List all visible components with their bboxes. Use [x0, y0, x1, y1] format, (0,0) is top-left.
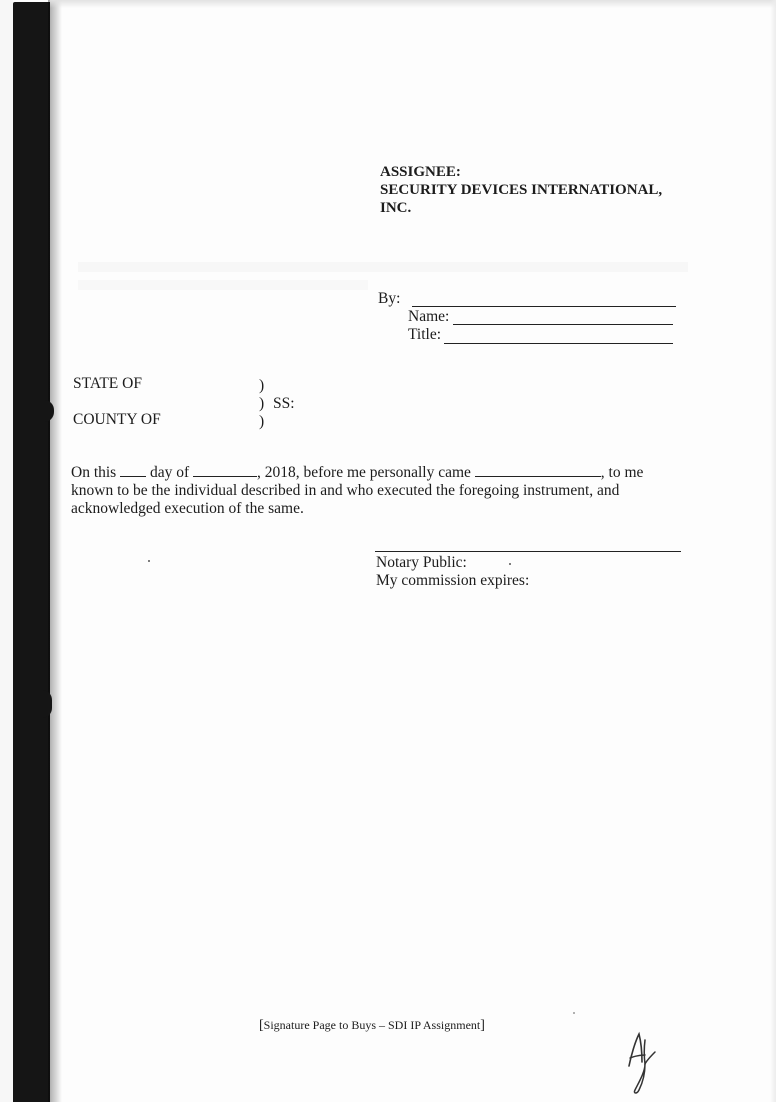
acknowledgment-line-3: acknowledged execution of the same. — [71, 500, 671, 518]
ack-text: day of — [146, 464, 193, 481]
notary-signature-line[interactable] — [375, 551, 681, 552]
person-name-blank[interactable] — [475, 462, 601, 477]
handwritten-initials-icon — [615, 1028, 675, 1098]
title-signature-line[interactable] — [444, 343, 673, 344]
acknowledgment-paragraph: On this day of , 2018, before me persona… — [71, 462, 671, 518]
scan-left-margin — [0, 0, 13, 1102]
notary-public-label: Notary Public: — [376, 554, 467, 572]
venue-paren: ) — [259, 377, 264, 395]
page-footer: [Signature Page to Buys – SDI IP Assignm… — [259, 1018, 485, 1034]
scan-speck — [148, 560, 150, 562]
bleed-through-text — [78, 280, 368, 290]
commission-expires-label: My commission expires: — [376, 572, 529, 590]
ack-text: , 2018, before me personally came — [257, 464, 475, 481]
assignee-company-name: SECURITY DEVICES INTERNATIONAL, — [380, 181, 662, 199]
scan-speck — [573, 1012, 575, 1014]
footer-text: Signature Page to Buys – SDI IP Assignme… — [264, 1018, 481, 1032]
assignee-heading: ASSIGNEE: — [380, 163, 461, 181]
day-blank[interactable] — [120, 462, 146, 477]
scan-top-edge — [50, 0, 776, 8]
name-signature-line[interactable] — [453, 324, 673, 325]
bleed-through-text — [78, 262, 688, 272]
venue-paren: ) — [259, 395, 264, 413]
by-label: By: — [378, 290, 400, 308]
county-of-label: COUNTY OF — [73, 411, 161, 429]
state-of-label: STATE OF — [73, 375, 142, 393]
scan-binding-gradient — [48, 0, 62, 1102]
assignee-company-suffix: INC. — [380, 199, 411, 217]
scan-right-edge — [770, 0, 776, 1102]
acknowledgment-line-2: known to be the individual described in … — [71, 482, 671, 500]
acknowledgment-line-1: On this day of , 2018, before me persona… — [71, 462, 671, 482]
ss-label: SS: — [273, 395, 295, 413]
scan-speck — [509, 563, 511, 565]
by-signature-line[interactable] — [412, 306, 676, 307]
title-label: Title: — [408, 326, 441, 344]
footer-bracket: ] — [480, 1018, 485, 1033]
venue-paren: ) — [259, 413, 264, 431]
ack-text: , to me — [601, 464, 644, 481]
ack-text: On this — [71, 464, 120, 481]
scanned-document-page: ASSIGNEE: SECURITY DEVICES INTERNATIONAL… — [0, 0, 776, 1102]
name-label: Name: — [408, 308, 449, 326]
month-blank[interactable] — [193, 462, 257, 477]
scan-binding-shadow — [13, 2, 50, 1102]
